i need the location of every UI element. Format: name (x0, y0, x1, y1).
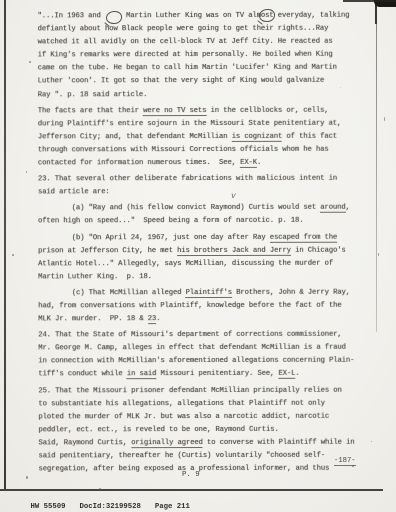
paragraph-facts-no-tv-sets: The facts are that their were no TV sets… (38, 104, 380, 170)
text-line: often high on speed..." Speed being a fo… (38, 215, 380, 229)
paper-speck (384, 117, 385, 121)
text-line: said article are: (38, 186, 380, 200)
text-line: contacted for information numerous times… (38, 157, 380, 171)
text-line: 23. That several other deliberate fabric… (38, 173, 380, 187)
text-line: Atlantic Hotel..." Allegedly, says McMil… (38, 257, 380, 271)
paragraph-item-23b: (b) "On April 24, 1967, just one day aft… (38, 231, 380, 284)
paper-speck (26, 476, 28, 479)
text-line: MLK Jr. murder. PP. 18 & 23. (38, 313, 380, 327)
stamp-page-number: Page 211 (155, 503, 190, 511)
paragraph-item-23c: (c) That McMillian alleged Plaintiff's B… (38, 287, 380, 327)
text-line: defiantly about how Black people were go… (38, 23, 380, 37)
text-line: The facts are that their were no TV sets… (38, 104, 380, 118)
paper-speck (352, 465, 354, 467)
archive-id: HW 55509 (31, 503, 66, 511)
text-line: Jefferson City; and, that defendant McMi… (38, 130, 380, 144)
text-line: Martin Luther King. p. 18. (38, 270, 380, 284)
text-line: (b) "On April 24, 1967, just one day aft… (38, 231, 380, 245)
text-line: peddler, ect. ect., is reveled to be one… (38, 423, 380, 437)
text-line: came on the tube. He began to call him M… (38, 62, 380, 76)
scanned-document-page: "...In 1963 and Martin Luther King was o… (0, 0, 396, 512)
text-line: segregation, after being exposed as a pr… (38, 463, 380, 477)
paper-speck (12, 254, 14, 256)
left-scan-edge-line (4, 0, 6, 489)
pen-loop-icon (259, 9, 275, 22)
paragraph-item-25: 25. That the Missouri prisoner defendant… (38, 384, 380, 476)
pen-check-mark-icon: v (231, 192, 236, 201)
text-line: if King's remarks were directed at him p… (38, 49, 380, 63)
paper-speck (29, 61, 31, 63)
text-line: prison at Jefferson City, he met his bro… (38, 244, 380, 258)
text-line: tiff's conduct while in said Missouri pe… (38, 368, 380, 382)
top-edge-hairline (343, 0, 396, 2)
text-line: 25. That the Missouri prisoner defendant… (38, 384, 380, 398)
text-line: watched it all avidly on the cell-block … (38, 36, 380, 50)
text-line: said penitentiary, thereafter he (Curtis… (38, 450, 380, 464)
paragraph-item-23: 23. That several other deliberate fabric… (38, 173, 380, 200)
pen-loop-icon (106, 11, 122, 24)
footer-separator-line (0, 489, 383, 491)
text-line: had, from conversations with Plaintiff, … (38, 300, 380, 314)
text-line: Said, Raymond Curtis, originally agreed … (38, 437, 380, 451)
document-body: "...In 1963 and Martin Luther King was o… (38, 10, 381, 477)
text-line: Luther 'coon'. It got so that the very s… (38, 75, 380, 89)
doc-id: DocId:32199528 (80, 503, 141, 511)
text-line: Ray ". p. 18 said article. (38, 88, 380, 102)
text-line: to substantiate his allegations, allegat… (38, 397, 380, 411)
text-line: (a) "Ray and (his fellow convict Raymond… (38, 202, 380, 216)
paragraph-item-23a: (a) "Ray and (his fellow convict Raymond… (38, 202, 380, 229)
text-line: through conversations with Missouri Corr… (38, 144, 380, 158)
text-line: 24. That the State of Missouri's departm… (38, 329, 380, 343)
paragraph-quote-king-on-tv: "...In 1963 and Martin Luther King was o… (38, 10, 380, 102)
page-number-label: P. 9 (182, 471, 200, 479)
text-line: ploted the murder of MLK Jr. but was als… (38, 410, 380, 424)
paper-speck (99, 488, 101, 490)
text-line: "...In 1963 and Martin Luther King was o… (38, 10, 380, 24)
paragraph-item-24: 24. That the State of Missouri's departm… (38, 329, 380, 382)
text-line: Mr. George M. Camp, alleges in effect th… (38, 342, 380, 356)
text-line: (c) That McMillian alleged Plaintiff's B… (38, 287, 380, 301)
archive-stamp: HW 55509DocId:32199528Page 211 (13, 495, 204, 512)
text-line: in connection with McMillian's aforement… (38, 355, 380, 369)
text-line: during Plaintiff's entire sojourn in the… (38, 117, 380, 131)
paper-speck (26, 171, 27, 173)
